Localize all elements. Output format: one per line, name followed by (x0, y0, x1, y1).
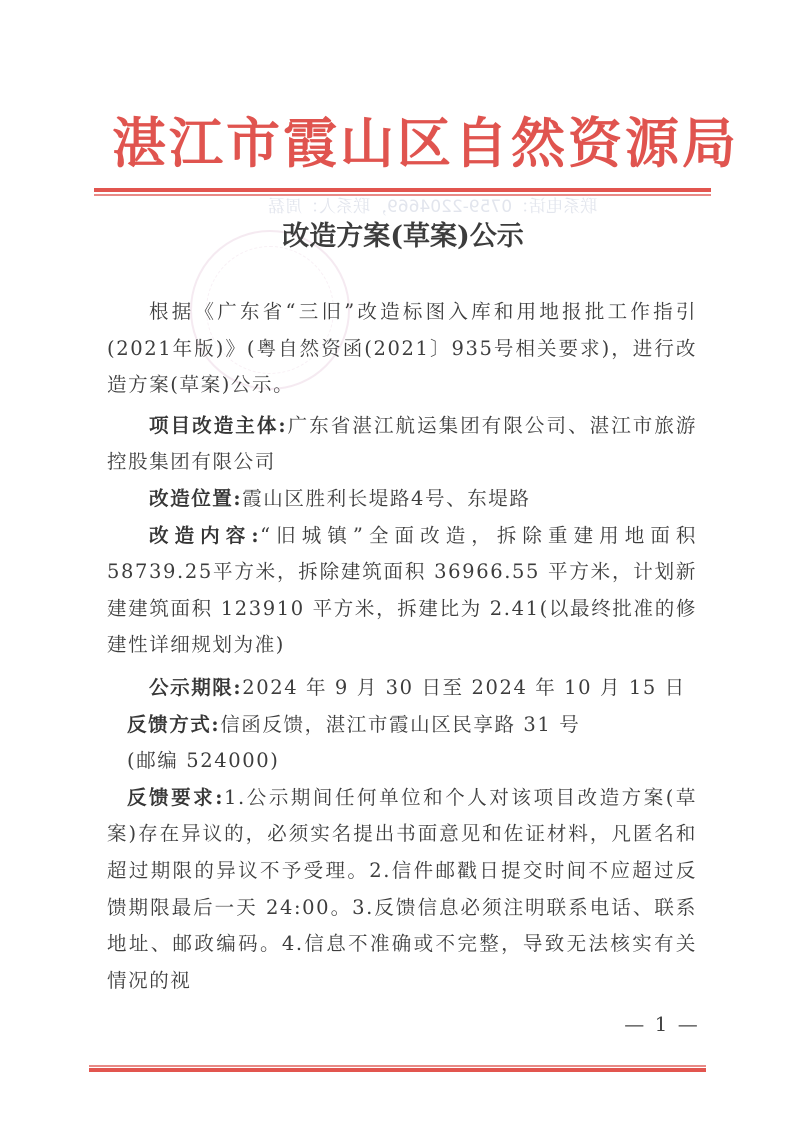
feedback-requirements-value: 1.公示期间任何单位和个人对该项目改造方案(草案)存在异议的，必须实名提出书面意… (107, 786, 697, 992)
document-title: 改造方案(草案)公示 (0, 214, 800, 253)
footer-rule-thin (89, 1065, 706, 1067)
letterhead-rule-thin (94, 194, 711, 196)
document-body: 根据《广东省“三旧”改造标图入库和用地报批工作指引(2021年版)》(粤自然资函… (107, 294, 697, 999)
footer-rule-thick (89, 1068, 706, 1072)
field-period-label: 公示期限: (149, 676, 242, 699)
field-content-label: 改造内容: (149, 524, 260, 547)
postcode: (邮编 524000) (107, 743, 697, 780)
field-subject-label: 项目改造主体: (149, 414, 287, 437)
letterhead-title: 湛江市霞山区自然资源局 (112, 108, 692, 178)
field-feedback-method: 反馈方式:信函反馈，湛江市霞山区民享路 31 号 (107, 707, 697, 744)
field-period-value: 2024 年 9 月 30 日至 2024 年 10 月 15 日 (242, 676, 686, 699)
letterhead-rule (94, 188, 711, 196)
feedback-requirements-label: 反馈要求: (127, 786, 224, 809)
letterhead-rule-thick (94, 188, 711, 192)
page-number: — 1 — (612, 1012, 712, 1036)
field-location-label: 改造位置: (149, 487, 242, 510)
field-period: 公示期限:2024 年 9 月 30 日至 2024 年 10 月 15 日 (107, 670, 697, 707)
field-subject: 项目改造主体:广东省湛江航运集团有限公司、湛江市旅游控股集团有限公司 (107, 408, 697, 481)
feedback-requirements: 反馈要求:1.公示期间任何单位和个人对该项目改造方案(草案)存在异议的，必须实名… (107, 780, 697, 1000)
field-feedback-method-value: 信函反馈，湛江市霞山区民享路 31 号 (220, 713, 580, 736)
intro-paragraph: 根据《广东省“三旧”改造标图入库和用地报批工作指引(2021年版)》(粤自然资函… (107, 294, 697, 404)
field-content: 改造内容:“旧城镇”全面改造，拆除重建用地面积 58739.25平方米，拆除建筑… (107, 518, 697, 664)
field-location-value: 霞山区胜利长堤路4号、东堤路 (242, 487, 530, 510)
field-feedback-method-label: 反馈方式: (127, 713, 220, 736)
footer-rule (89, 1065, 706, 1073)
field-location: 改造位置:霞山区胜利长堤路4号、东堤路 (107, 481, 697, 518)
